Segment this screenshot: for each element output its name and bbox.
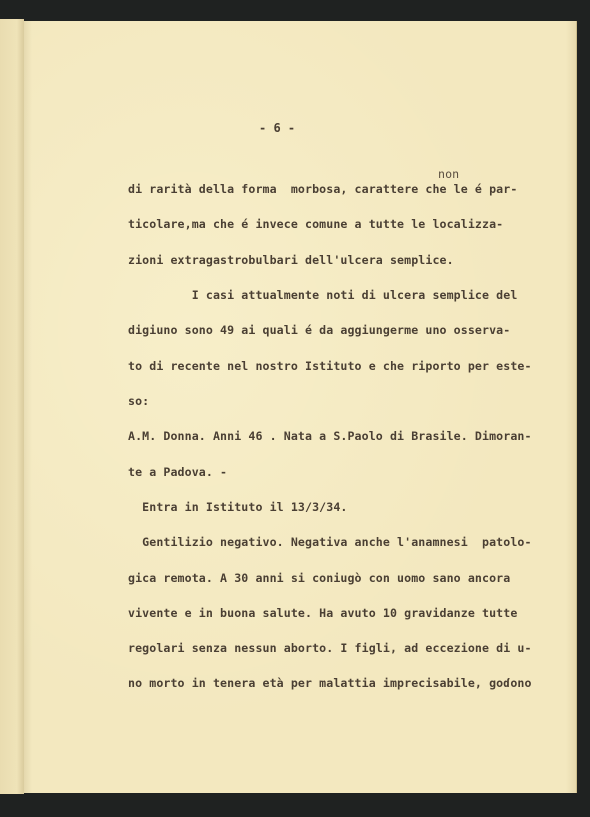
text-line: I casi attualmente noti di ulcera sempli… [128, 290, 517, 302]
text-line: A.M. Donna. Anni 46 . Nata a S.Paolo di … [128, 431, 532, 443]
text-line: ticolare,ma che é invece comune a tutte … [128, 219, 503, 231]
text-line: to di recente nel nostro Istituto e che … [128, 361, 532, 373]
text-line: regolari senza nessun aborto. I figli, a… [128, 643, 532, 655]
page-number: - 6 - [259, 121, 295, 135]
text-line: di rarità della forma morbosa, carattere… [128, 184, 517, 196]
handwritten-insertion: non [438, 169, 459, 181]
text-line: no morto in tenera età per malattia impr… [128, 678, 532, 690]
text-line: Gentilizio negativo. Negativa anche l'an… [128, 537, 532, 549]
scanned-document: - 6 - non di rarità della forma morbosa,… [0, 0, 590, 817]
text-line: te a Padova. - [128, 467, 227, 479]
text-line: digiuno sono 49 ai quali é da aggiungerm… [128, 325, 510, 337]
text-line: gica remota. A 30 anni si coniugò con uo… [128, 573, 510, 585]
previous-page-edge [0, 19, 24, 794]
text-line: so: [128, 396, 149, 408]
text-line: zioni extragastrobulbari dell'ulcera sem… [128, 255, 454, 267]
text-line: Entra in Istituto il 13/3/34. [128, 502, 347, 514]
document-page: - 6 - non di rarità della forma morbosa,… [24, 21, 576, 793]
text-line: vivente e in buona salute. Ha avuto 10 g… [128, 608, 517, 620]
